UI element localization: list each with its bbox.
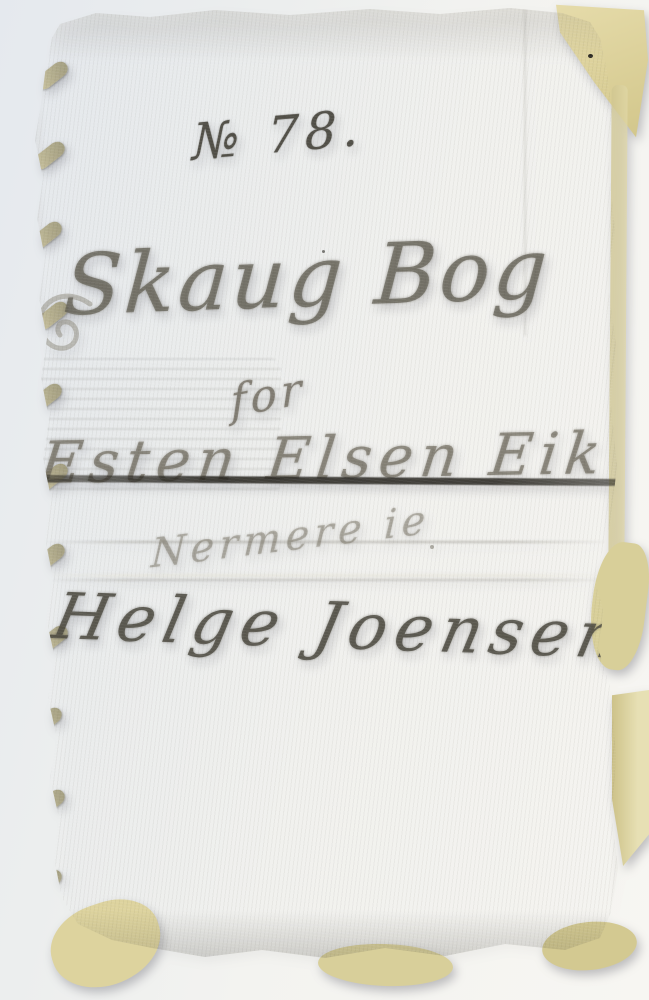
stitch-thread xyxy=(27,867,65,901)
horizontal-crease xyxy=(40,541,615,543)
vertical-crease xyxy=(524,6,526,336)
handwritten-faded-note: Nermere ie xyxy=(150,497,432,578)
stitch-thread xyxy=(27,219,65,253)
stitch-thread xyxy=(30,541,68,575)
booklet-cover: № 78. Skaug Bog for Esten Elsen Eik Nerm… xyxy=(0,0,649,1000)
stitch-thread xyxy=(33,59,71,93)
stitch-thread xyxy=(33,623,71,657)
ink-speck xyxy=(588,54,593,58)
flourish-ornament xyxy=(34,292,96,368)
photo-background: № 78. Skaug Bog for Esten Elsen Eik Nerm… xyxy=(0,0,649,1000)
stitch-thread xyxy=(30,787,68,821)
handwritten-title: Skaug Bog xyxy=(61,219,554,334)
handwritten-owner-name: Helge Joensen xyxy=(46,580,634,673)
ink-speck xyxy=(430,545,434,549)
stitch-thread xyxy=(30,139,68,173)
under-page-right-flap xyxy=(612,690,649,866)
fold-shadow xyxy=(42,579,612,581)
fold-highlight xyxy=(42,574,612,577)
booklet: № 78. Skaug Bog for Esten Elsen Eik Nerm… xyxy=(0,0,649,1000)
handwritten-number: № 78. xyxy=(192,98,365,171)
stitch-thread xyxy=(27,705,65,739)
ink-speck xyxy=(322,250,325,253)
